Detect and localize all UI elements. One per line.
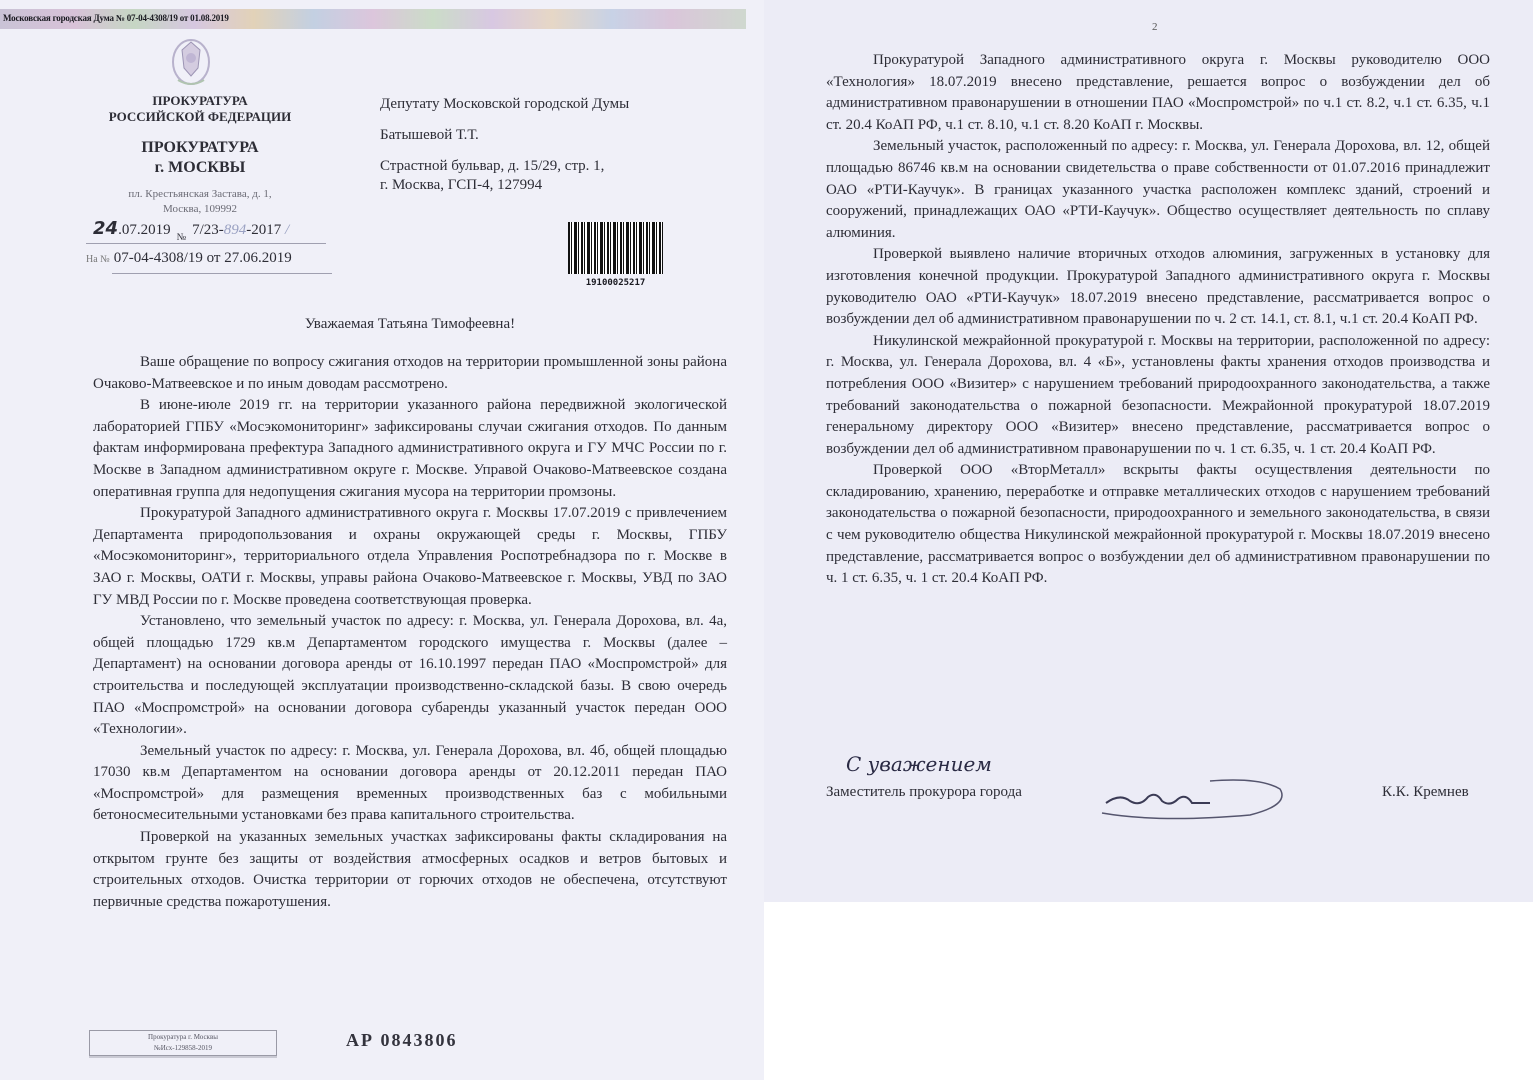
paragraph: Земельный участок, расположенный по адре… [826,136,1490,244]
coat-of-arms-icon [168,32,214,88]
reply-to-number: 07-04-4308/19 от 27.06.2019 [114,250,292,266]
page2-body: Прокуратурой Западного административного… [826,50,1490,590]
page1-body: Ваше обращение по вопросу сжигания отход… [93,352,727,913]
outgoing-date-day: 24 [93,218,118,239]
stamp-line1: Прокуратура г. Москвы [90,1031,276,1042]
outgoing-number: 7/23- [192,222,224,238]
sender-org-federal: ПРОКУРАТУРА РОССИЙСКОЙ ФЕДЕРАЦИИ [80,93,320,125]
letter-page-1: Московская городская Дума № 07-04-4308/1… [0,0,764,1080]
form-serial-number: АР 0843806 [346,1030,458,1051]
outgoing-number-handwritten: 894 [224,222,247,238]
paragraph: В июне-июле 2019 гг. на территории указа… [93,395,727,503]
recipient-block: Депутату Московской городской Думы Батыш… [380,95,629,195]
paragraph: Ваше обращение по вопросу сжигания отход… [93,352,727,395]
signatory-name: К.К. Кремнев [1382,784,1469,801]
signature-icon [1100,775,1300,825]
outgoing-number-year: -2017 [246,222,281,238]
reply-underline [112,273,332,274]
paragraph: Земельный участок по адресу: г. Москва, … [93,741,727,827]
paragraph: Проверкой ООО «ВторМеталл» вскрыты факты… [826,460,1490,590]
signatory-title: Заместитель прокурора города [826,784,1022,801]
salutation: Уважаемая Татьяна Тимофеевна! [80,316,740,333]
reply-reference: На №07-04-4308/19 от 27.06.2019 [86,250,292,267]
paragraph: Проверкой выявлено наличие вторичных отх… [826,244,1490,330]
barcode-icon [568,222,663,274]
registration-strip: Московская городская Дума № 07-04-4308/1… [0,9,746,29]
outgoing-registration: 24.07.2019№7/23-894-2017 / [93,218,289,243]
outgoing-number-suffix: / [285,222,289,238]
registration-strip-text: Московская городская Дума № 07-04-4308/1… [3,13,229,23]
outgoing-date-rest: .07.2019 [118,222,171,238]
blank-area [764,902,1533,1080]
sender-org-moscow: ПРОКУРАТУРА г. МОСКВЫ [80,138,320,178]
date-underline [86,243,326,244]
paragraph: Никулинской межрайонной прокуратурой г. … [826,331,1490,461]
paragraph: Прокуратурой Западного административного… [826,50,1490,136]
recipient-address-line2: г. Москва, ГСП-4, 127994 [380,176,629,195]
paragraph: Установлено, что земельный участок по ад… [93,611,727,741]
barcode-number: 19100025217 [568,278,663,288]
paragraph: Проверкой на указанных земельных участка… [93,827,727,913]
outgoing-stamp: Прокуратура г. Москвы №Исх-129858-2019 [89,1030,277,1056]
stamp-line2: №Исх-129858-2019 [90,1042,276,1053]
recipient-title: Депутату Московской городской Думы [380,95,629,114]
page-number: 2 [1152,21,1158,33]
handwritten-regards: С уважением [846,752,992,776]
paragraph: Прокуратурой Западного административного… [93,503,727,611]
number-sign: № [177,232,187,243]
recipient-name: Батышевой Т.Т. [380,126,629,145]
recipient-address-line1: Страстной бульвар, д. 15/29, стр. 1, [380,157,629,176]
reply-label: На № [86,254,110,265]
sender-address: пл. Крестьянская Застава, д. 1, Москва, … [80,187,320,217]
